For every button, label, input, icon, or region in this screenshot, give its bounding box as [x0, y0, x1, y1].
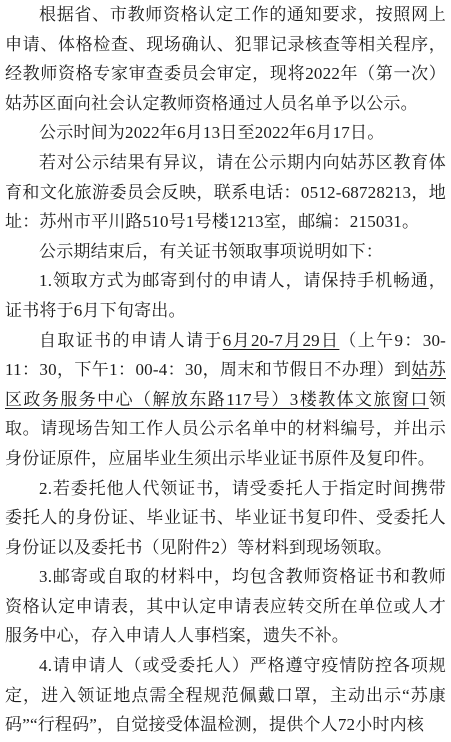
- para-objection-contact: 若对公示结果有异议，请在公示期内向姑苏区教育体育和文化旅游委员会反映，联系电话：…: [5, 148, 446, 237]
- text-segment: 若对公示结果有异议，请在公示期内向姑苏区教育体育和文化旅游委员会反映，联系电话：…: [5, 153, 446, 231]
- para-self-pickup: 自取证书的申请人请于6月20-7月29日（上午9：30-11：30，下午1：00…: [5, 326, 446, 474]
- para-intro: 根据省、市教师资格认定工作的通知要求，按照网上申请、体格检查、现场确认、犯罪记录…: [5, 0, 446, 118]
- para-item-2-proxy: 2.若委托他人代领证书，请受委托人于指定时间携带委托人的身份证、毕业证书、毕业证…: [5, 474, 446, 563]
- document-body: 根据省、市教师资格认定工作的通知要求，按照网上申请、体格检查、现场确认、犯罪记录…: [5, 0, 446, 740]
- text-segment: 公示期结束后，有关证书领取事项说明如下：: [39, 242, 383, 261]
- para-item-1-mail: 1.领取方式为邮寄到付的申请人，请保持手机畅通，证书将于6月下旬寄出。: [5, 266, 446, 325]
- document-page: 根据省、市教师资格认定工作的通知要求，按照网上申请、体格检查、现场确认、犯罪记录…: [0, 0, 451, 742]
- para-item-3-materials: 3.邮寄或自取的材料中，均包含教师资格证书和教师资格认定申请表，其中认定申请表应…: [5, 562, 446, 651]
- text-segment: 根据省、市教师资格认定工作的通知要求，按照网上申请、体格检查、现场确认、犯罪记录…: [5, 5, 446, 113]
- para-item-4-covid: 4.请申请人（或受委托人）严格遵守疫情防控各项规定，进入领证地点需全程规范佩戴口…: [5, 651, 446, 740]
- text-segment: 自取证书的申请人请于: [39, 331, 223, 350]
- text-segment: 公示时间为2022年6月13日至2022年6月17日。: [39, 123, 384, 142]
- para-publicity-period: 公示时间为2022年6月13日至2022年6月17日。: [5, 118, 446, 148]
- text-segment: 2.若委托他人代领证书，请受委托人于指定时间携带委托人的身份证、毕业证书、毕业证…: [5, 479, 446, 557]
- text-segment: 4.请申请人（或受委托人）严格遵守疫情防控各项规定，进入领证地点需全程规范佩戴口…: [5, 656, 446, 734]
- para-collection-intro: 公示期结束后，有关证书领取事项说明如下：: [5, 237, 446, 267]
- underlined-text: 6月20-7月29日: [223, 331, 340, 350]
- text-segment: 3.邮寄或自取的材料中，均包含教师资格证书和教师资格认定申请表，其中认定申请表应…: [5, 567, 446, 645]
- text-segment: 1.领取方式为邮寄到付的申请人，请保持手机畅通，证书将于6月下旬寄出。: [5, 271, 446, 320]
